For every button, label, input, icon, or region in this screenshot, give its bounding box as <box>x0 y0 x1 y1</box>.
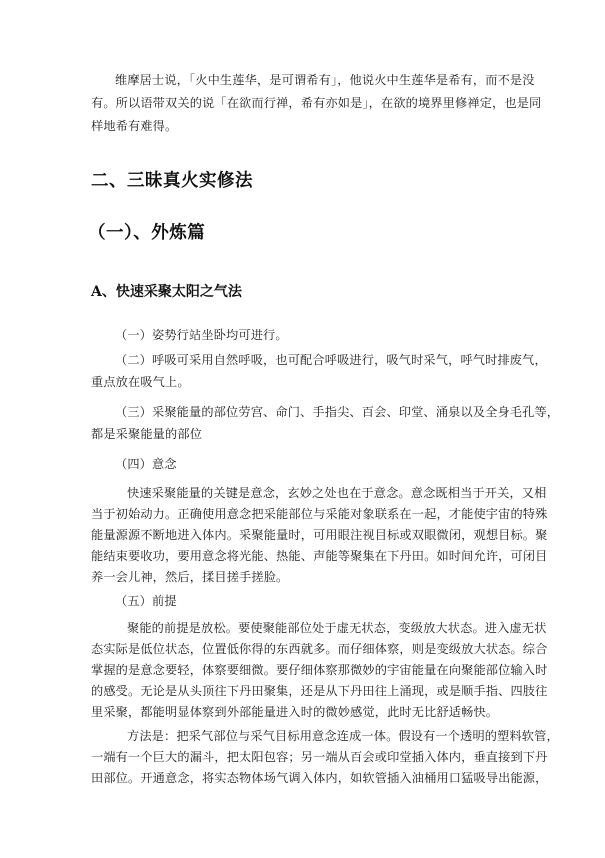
document-page: 维摩居士说，「火中生莲华，是可谓希有」，他说火中生莲华是希有，而不是没 有。所以… <box>0 0 605 858</box>
item-4-body-line-4: 能结束要收功，要用意念将光能、热能、声能等聚集在下丹田。如时间允许，可闭目 <box>91 548 548 564</box>
item-4-body-line-3: 能量源源不断地进入体内。采聚能量时，可用眼注视目标或双眼微闭，观想目标。聚 <box>91 527 548 543</box>
item-4-body-line-1: 快速采聚能量的关键是意念，玄妙之处也在于意念。意念既相当于开关，又相 <box>127 485 546 501</box>
subsection-title: （一）、外炼篇 <box>88 222 205 244</box>
item-5-body-line-1: 聚能的前提是放松。要使聚能部位处于虚无状态，变级放大状态。进入虚无状 <box>127 620 546 636</box>
item-4-heading: （四）意念 <box>115 456 177 472</box>
method-line-3: 田部位。开通意念，将实态物体场气调入体内，如软管插入油桶用口猛吸导出能源， <box>91 770 548 786</box>
intro-line-2: 有。所以语带双关的说「在欲而行禅，希有亦如是」，在欲的境界里修禅定，也是同 <box>91 95 541 111</box>
item-3-line-1: （三）采聚能量的部位劳宫、命门、手指尖、百会、印堂、涌泉以及全身毛孔等， <box>115 404 559 420</box>
item-2-line-1: （二）呼吸可采用自然呼吸，也可配合呼吸进行，吸气时采气，呼气时排废气， <box>115 352 547 368</box>
item-5-body-line-5: 里采聚，都能明显体察到外部能量进入时的微妙感觉，此时无比舒适畅快。 <box>91 704 498 720</box>
item-5-body-line-3: 掌握的是意念要轻，体察要细微。要仔细体察那微妙的宇宙能量在向聚能部位输入时 <box>91 662 548 678</box>
item-4-body-line-2: 当于初始动力。正确使用意念把采能部位与采能对象联系在一起，才能使宇宙的特殊 <box>91 506 548 522</box>
item-5-body-line-4: 的感受。无论是从头顶往下丹田聚集，还是从下丹田往上涌现，或是顺手指、四肢往 <box>91 683 548 699</box>
intro-line-1: 维摩居士说，「火中生莲华，是可谓希有」，他说火中生莲华是希有，而不是没 <box>115 72 535 88</box>
item-5-body-line-2: 态实际是低位状态，位置低你得的东西就多。而仔细体察，则是变级放大状态。综合 <box>91 641 548 657</box>
item-3-line-2: 都是采聚能量的部位 <box>91 426 202 442</box>
item-2-line-2: 重点放在吸气上。 <box>91 374 190 390</box>
method-line-1: 方法是：把采气部位与采气目标用意念连成一体。假设有一个透明的塑料软管， <box>127 728 559 744</box>
method-title: A、快速采聚太阳之气法 <box>91 283 242 301</box>
item-1-line-1: （一）姿势行站坐卧均可进行。 <box>115 327 288 343</box>
item-5-heading: （五）前提 <box>115 593 177 609</box>
section-title: 二、三昧真火实修法 <box>91 170 253 192</box>
item-4-body-line-5: 养一会儿神，然后，揉目搓手搓脸。 <box>91 569 288 585</box>
intro-line-3: 样地希有难得。 <box>91 118 177 134</box>
method-line-2: 一端有一个巨大的漏斗，把太阳包容；另一端从百会或印堂插入体内，垂直接到下丹 <box>91 749 548 765</box>
